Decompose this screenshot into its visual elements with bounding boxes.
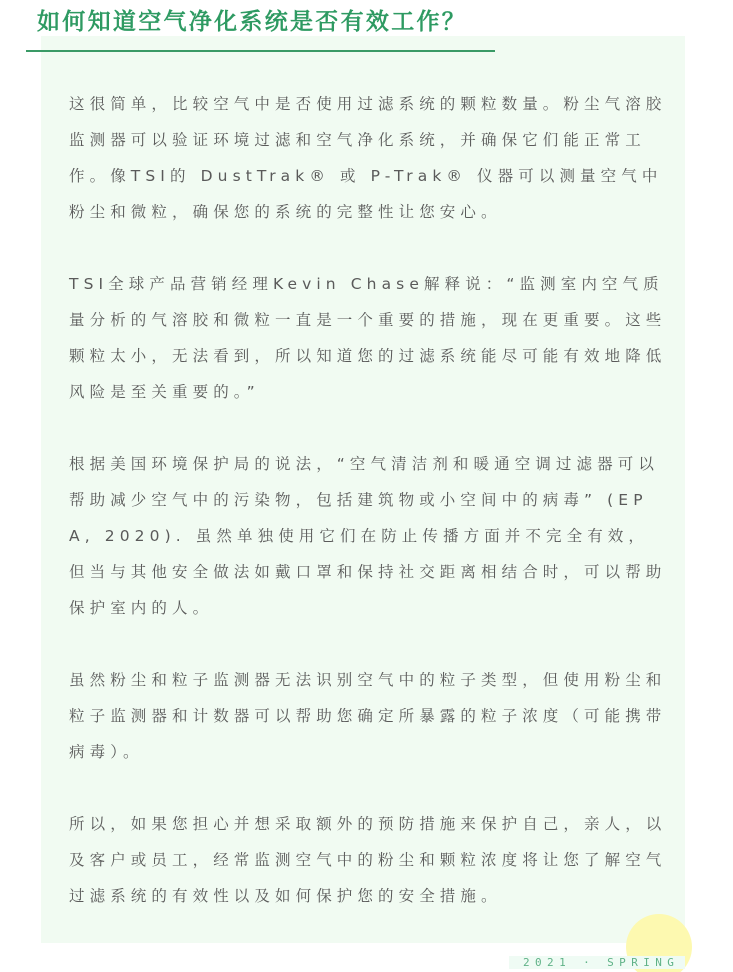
article-body: 这很简单，比较空气中是否使用过滤系统的颗粒数量。粉尘气溶胶监测器可以验证环境过滤… (69, 86, 669, 950)
title-underline-divider (26, 50, 495, 52)
paragraph-quote-kevin-chase: TSI全球产品营销经理Kevin Chase解释说：“监测室内空气质量分析的气溶… (69, 266, 669, 410)
article-title: 如何知道空气净化系统是否有效工作？ (37, 6, 467, 38)
paragraph-conclusion: 所以，如果您担心并想采取额外的预防措施来保护自己，亲人，以及客户或员工，经常监测… (69, 806, 669, 914)
paragraph-monitor-limitations: 虽然粉尘和粒子监测器无法识别空气中的粒子类型，但使用粉尘和粒子监测器和计数器可以… (69, 662, 669, 770)
paragraph-epa-quote: 根据美国环境保护局的说法，“空气清洁剂和暖通空调过滤器可以帮助减少空气中的污染物… (69, 446, 669, 626)
issue-label: 2021 · SPRING (509, 956, 685, 969)
paragraph-intro: 这很简单，比较空气中是否使用过滤系统的颗粒数量。粉尘气溶胶监测器可以验证环境过滤… (69, 86, 669, 230)
